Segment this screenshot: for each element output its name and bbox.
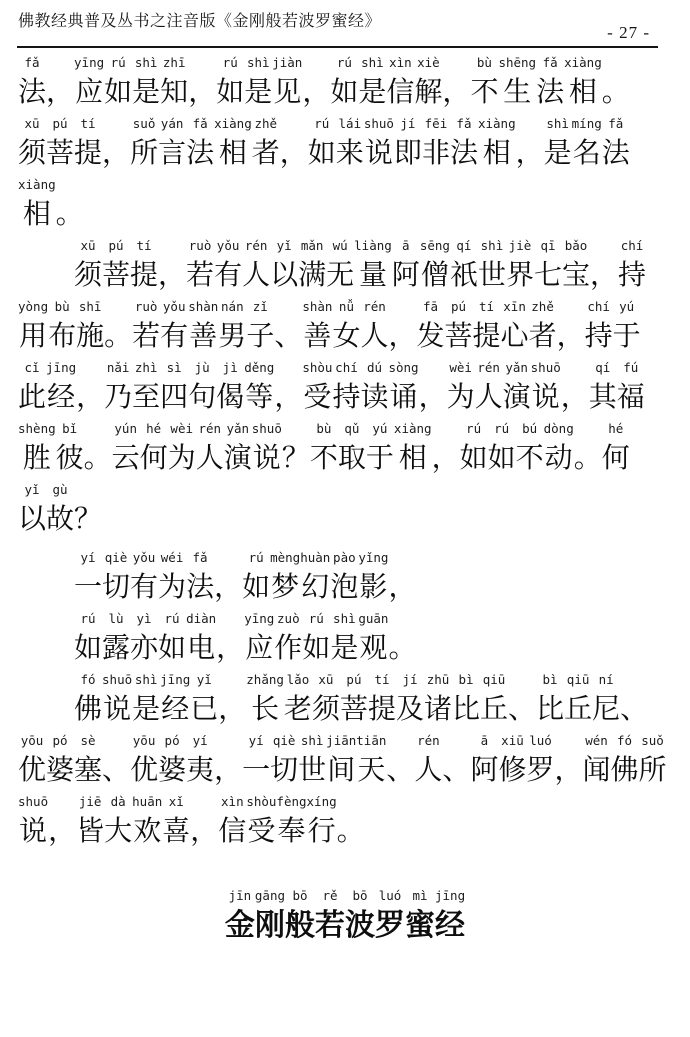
ruby-segment: jīn金 [225,887,255,947]
pinyin-annotation [292,420,300,437]
ruby-segment: tí提 [368,671,396,731]
pinyin-annotation: rú [314,115,329,132]
hanzi-char: 人 [414,749,442,792]
ruby-segment: mǎn满 [298,237,326,297]
ruby-segment: shì是 [132,54,160,114]
pinyin-annotation: mì [412,887,427,904]
ruby-segment: pó婆 [46,732,74,792]
hanzi-char: 满 [298,254,326,297]
scripture-line-continuation: yōu优pó婆sè塞 、yōu优pó婆yí夷 ，yí一qiè切shì世jiān间… [0,732,690,792]
pinyin-annotation: yú [372,420,387,437]
hanzi-char: 般 [285,904,315,947]
pinyin-annotation: sēng [420,237,450,254]
ruby-segment: ？ [282,420,310,480]
ruby-segment: zuò作 [274,610,302,670]
hanzi-char: 法 [602,132,630,175]
hanzi-char: 菩 [445,315,473,358]
ruby-segment: bù布 [48,298,76,358]
hanzi-char: 相 [569,71,597,114]
pinyin-annotation: xū [80,237,95,254]
pinyin-annotation: zhě [531,298,554,315]
hanzi-char: 。 [602,71,630,114]
pinyin-annotation: jì [223,359,238,376]
hanzi-char: 于 [366,437,394,480]
ruby-segment: ， [280,115,308,175]
ruby-segment: fó佛 [74,671,102,731]
ruby-segment: ， [48,793,76,853]
pinyin-annotation: fēi [425,115,448,132]
ruby-segment: pú菩 [46,115,74,175]
hanzi-char: 取 [338,437,366,480]
hanzi-char: 须 [74,254,102,297]
ruby-segment: ， [516,115,544,175]
hanzi-char: 动 [545,437,573,480]
pinyin-annotation: wéi [161,549,184,566]
ruby-segment: rú如 [308,115,336,175]
hanzi-char: 幻 [301,566,329,609]
pinyin-annotation [453,54,461,71]
ruby-segment: shèng胜 [18,420,56,480]
hanzi-char: ， [102,132,130,175]
hanzi-char: 优 [18,749,46,792]
pinyin-annotation: pó [165,732,180,749]
hanzi-char: 提 [74,132,102,175]
pinyin-annotation: xiū [501,732,524,749]
hanzi-char: ， [158,254,186,297]
ruby-segment: gù故 [46,481,74,541]
hanzi-char: 若 [186,254,214,297]
pinyin-annotation: fèng [276,793,306,810]
pinyin-annotation: yì [137,610,152,627]
hanzi-char: 说 [103,688,131,731]
hanzi-char: ， [274,376,302,419]
hanzi-char: 祇 [450,254,478,297]
ruby-segment: ， [432,420,460,480]
ruby-segment: shuō说 [252,420,282,480]
ruby-segment: rú如 [488,420,516,480]
hanzi-char: 一 [74,566,102,609]
pinyin-annotation: pú [346,671,361,688]
hanzi-char: 经 [47,376,75,419]
hanzi-char: 是 [132,688,160,731]
pinyin-annotation [224,732,232,749]
hanzi-char: 世 [478,254,506,297]
hanzi-char: 是 [544,132,572,175]
scripture-line-continuation: cǐ此jīng经 ，nǎi乃zhì至sì四jù句jì偈děng等 ，shòu受c… [0,359,690,419]
pinyin-annotation: wèi [170,420,193,437]
pinyin-annotation: qiū [567,671,590,688]
scripture-line-verse: yí一qiè切yǒu有wéi为fǎ法 ，rú如mèng梦huàn幻pào泡yǐn… [0,549,690,609]
hanzi-char: 福 [617,376,645,419]
hanzi-char: 喜 [162,810,190,853]
ruby-segment: rén人 [242,237,270,297]
ruby-segment: jiè界 [506,237,534,297]
hanzi-char: 奉 [277,810,305,853]
pinyin-annotation: yōu [21,732,44,749]
ruby-segment: yǎn演 [503,359,531,419]
ruby-segment: suǒ所 [130,115,158,175]
hanzi-char: 老 [284,688,312,731]
hanzi-char: ， [218,688,246,731]
pinyin-annotation: ruò [135,298,158,315]
hanzi-char: 须 [312,688,340,731]
ruby-segment: qiè切 [270,732,298,792]
pinyin-annotation: bù [55,298,70,315]
hanzi-char: ， [214,749,242,792]
pinyin-annotation: bù [477,54,492,71]
hanzi-char: 云 [112,437,140,480]
hanzi-char: 塞 [74,749,102,792]
hanzi-char: 相 [23,193,51,236]
ruby-segment: rén人 [196,420,224,480]
pinyin-annotation: shuō [531,359,561,376]
ruby-segment: qiū丘 [564,671,592,731]
ruby-segment: jīng经 [46,359,76,419]
hanzi-char: ， [554,749,582,792]
pinyin-annotation: shì [247,54,270,71]
pinyin-annotation: luó [379,887,402,904]
ruby-segment: suǒ所 [639,732,667,792]
ruby-segment: hé何 [602,420,630,480]
scripture-line-paragraph-start: fó佛shuō说shì是jīng经yǐ已 ，zhǎng长lǎo老xū须pú菩tí… [0,671,690,731]
pinyin-annotation [565,732,573,749]
ruby-segment: ruò若 [186,237,214,297]
hanzi-char: 人 [360,315,388,358]
ruby-segment: 、 [274,298,302,358]
pinyin-annotation: yú [619,298,634,315]
hanzi-char: 、 [102,749,130,792]
hanzi-char: ， [214,566,242,609]
pinyin-annotation: jiē [79,793,102,810]
hanzi-char: 者 [252,132,280,175]
pinyin-annotation: yǐ [24,481,39,498]
ruby-segment: shuō说 [364,115,394,175]
ruby-segment: shì世 [478,237,506,297]
hanzi-char: 比 [536,688,564,731]
hanzi-char: ， [388,566,416,609]
hanzi-char: ， [516,132,544,175]
hanzi-char: 经 [435,904,465,947]
ruby-segment: sēng僧 [420,237,450,297]
pinyin-annotation [201,793,209,810]
hanzi-char: 有 [160,315,188,358]
hanzi-char: 露 [102,627,130,670]
hanzi-char: 法 [186,132,214,175]
ruby-segment: rú如 [104,54,132,114]
ruby-segment: bú不 [516,420,544,480]
ruby-segment: ， [214,549,242,609]
pinyin-annotation [630,671,638,688]
hanzi-char: ， [46,71,74,114]
pinyin-annotation [526,115,534,132]
ruby-segment: zǐ子 [246,298,274,358]
pinyin-annotation: fǎ [456,115,471,132]
ruby-segment: fǎ法 [186,115,214,175]
hanzi-char: 、 [620,688,648,731]
pinyin-annotation: zhě [254,115,277,132]
ruby-segment: tiān天 [356,732,386,792]
hanzi-char: 施 [76,315,104,358]
pinyin-annotation: tí [479,298,494,315]
pinyin-annotation: qī [540,237,555,254]
hanzi-char: 刚 [255,904,285,947]
pinyin-annotation: yǒu [163,298,186,315]
pinyin-annotation [226,610,234,627]
ruby-segment: jīng经 [435,887,465,947]
hanzi-char: 菩 [46,132,74,175]
ruby-segment: qī七 [534,237,562,297]
hanzi-char: 子 [246,315,274,358]
ruby-segment: xiàng相 [394,420,432,480]
pinyin-annotation [56,54,64,71]
pinyin-annotation: rú [337,54,352,71]
pinyin-annotation [112,732,120,749]
ruby-segment: zhǎng长 [246,671,284,731]
ruby-segment: mèng梦 [270,549,300,609]
hanzi-char: 法 [536,71,564,114]
hanzi-char: 人 [196,437,224,480]
pinyin-annotation: dòng [544,420,574,437]
pinyin-annotation: yīng [74,54,104,71]
page-number: - 27 - [607,23,650,43]
pinyin-annotation: xū [24,115,39,132]
hanzi-char: 见 [273,71,301,114]
ruby-segment: nǎi乃 [104,359,132,419]
hanzi-char: ， [48,810,76,853]
hanzi-char: 来 [336,132,364,175]
hanzi-char: 发 [417,315,445,358]
pinyin-annotation: rú [309,610,324,627]
ruby-segment: yōu优 [130,732,158,792]
pinyin-annotation: yí [249,732,264,749]
hanzi-char: 罗 [526,749,554,792]
hanzi-char: 。 [104,315,132,358]
pinyin-annotation: bǐ [62,420,77,437]
pinyin-annotation: xū [318,671,333,688]
ruby-segment: jiàn见 [272,54,302,114]
pinyin-annotation: nǎi [107,359,130,376]
ruby-segment: ā阿 [392,237,420,297]
ruby-segment: yǒu有 [214,237,242,297]
hanzi-char: 金 [225,904,255,947]
hanzi-char: 其 [589,376,617,419]
pinyin-annotation: ā [402,237,410,254]
pinyin-annotation: qiè [105,549,128,566]
pinyin-annotation: qí [595,359,610,376]
ruby-segment: shì是 [330,610,358,670]
hanzi-char: 受 [247,810,275,853]
hanzi-char: 阿 [392,254,420,297]
pinyin-annotation: nǚ [339,298,354,315]
ruby-segment: sè塞 [74,732,102,792]
hanzi-char: 提 [130,254,158,297]
hanzi-char: 无 [326,254,354,297]
pinyin-annotation: yán [161,115,184,132]
pinyin-annotation: shuō [102,671,132,688]
pinyin-annotation: qǔ [344,420,359,437]
pinyin-annotation: zǐ [253,298,268,315]
ruby-segment: xǐ喜 [162,793,190,853]
pinyin-annotation: jù [195,359,210,376]
ruby-segment: 、 [386,732,414,792]
ruby-segment: rén人 [475,359,503,419]
ruby-segment: xiàng相 [478,115,516,175]
pinyin-annotation [94,420,102,437]
hanzi-char: 信 [218,810,246,853]
pinyin-annotation [453,732,461,749]
ruby-segment: zhū诸 [424,671,452,731]
pinyin-annotation [442,420,450,437]
hanzi-char: 非 [422,132,450,175]
ruby-segment: ní尼 [592,671,620,731]
ruby-segment: shì是 [358,54,386,114]
pinyin-annotation [229,671,237,688]
ruby-segment: yú于 [366,420,394,480]
hanzi-char: 。 [56,193,84,236]
pinyin-annotation [84,481,92,498]
hanzi-char: 相 [219,132,247,175]
pinyin-annotation: xìn [221,793,244,810]
pinyin-annotation [285,298,293,315]
ruby-segment: 。 [337,793,365,853]
pinyin-annotation [66,176,74,193]
hanzi-char: 佛 [611,749,639,792]
pinyin-annotation: yǐng [358,549,388,566]
hanzi-char: 解 [414,71,442,114]
ruby-segment: rú如 [302,610,330,670]
hanzi-char: 。 [84,437,112,480]
ruby-segment: ， [190,793,218,853]
hanzi-char: 亦 [130,627,158,670]
ruby-segment: zhě者 [252,115,280,175]
ruby-segment: rú如 [216,54,244,114]
ruby-segment: jí及 [396,671,424,731]
pinyin-annotation: rú [466,420,481,437]
pinyin-annotation: shàn [302,298,332,315]
hanzi-char: 以 [270,254,298,297]
pinyin-annotation: lái [339,115,362,132]
ruby-segment: dà大 [104,793,132,853]
hanzi-char: 作 [274,627,302,670]
ruby-segment: zhě者 [529,298,557,358]
hanzi-char: 不 [516,437,544,480]
hanzi-char: 为 [168,437,196,480]
ruby-segment: tí提 [130,237,158,297]
pinyin-annotation: rén [477,359,500,376]
hanzi-char: 说 [19,810,47,853]
scripture-line-continuation: xū须pú菩tí提 ，suǒ所yán言fǎ法xiàng相zhě者 ，rú如lái… [0,115,690,175]
pinyin-annotation: fó [617,732,632,749]
pinyin-annotation: jīng [46,359,76,376]
hanzi-char: 受 [303,376,331,419]
ruby-segment: fǎ法 [536,54,564,114]
ruby-segment: xíng行 [307,793,337,853]
ruby-segment: 。 [84,420,112,480]
ruby-segment: ， [158,237,186,297]
hanzi-char: 影 [359,566,387,609]
hanzi-char: 波 [345,904,375,947]
hanzi-char: 如 [104,71,132,114]
ruby-segment: ， [302,54,330,114]
hanzi-char: 提 [473,315,501,358]
ruby-segment: liàng量 [354,237,392,297]
pinyin-annotation: rú [165,610,180,627]
ruby-segment: ， [419,359,447,419]
hanzi-char: 乃 [104,376,132,419]
pinyin-annotation: xīn [503,298,526,315]
pinyin-annotation: yún [114,420,137,437]
hanzi-char: 是 [330,627,358,670]
ruby-segment: ， [218,671,246,731]
ruby-segment: yí一 [242,732,270,792]
hanzi-char: 电 [187,627,215,670]
pinyin-annotation: tí [374,671,389,688]
pinyin-annotation: mǎn [301,237,324,254]
ruby-segment: pó婆 [158,732,186,792]
ruby-segment: sòng诵 [388,359,418,419]
ruby-segment: rú如 [74,610,102,670]
pinyin-annotation: shòu [302,359,332,376]
ruby-segment: rú如 [158,610,186,670]
ruby-segment: 、 [620,671,648,731]
pinyin-annotation: sì [167,359,182,376]
hanzi-char: 梦 [271,566,299,609]
ruby-segment: ， [46,54,74,114]
pinyin-annotation: hé [608,420,623,437]
ruby-segment: ， [274,359,302,419]
pinyin-annotation: mèng [270,549,300,566]
ruby-segment: ， [76,359,104,419]
ruby-segment: 。 [574,420,602,480]
pinyin-annotation: fó [80,671,95,688]
ruby-segment: ， [188,54,216,114]
hanzi-char: 等 [245,376,273,419]
hanzi-char: 切 [102,566,130,609]
hanzi-char: 如 [460,437,488,480]
ruby-segment: ， [554,732,582,792]
pinyin-annotation [112,115,120,132]
ruby-segment: shuō说 [531,359,561,419]
pinyin-annotation: jīng [435,887,465,904]
pinyin-annotation: fā [423,298,438,315]
pinyin-annotation: bì [543,671,558,688]
hanzi-char: 欢 [133,810,161,853]
ruby-segment: xìn信 [386,54,414,114]
ruby-segment: jù句 [188,359,216,419]
pinyin-annotation [86,359,94,376]
pinyin-annotation [600,237,608,254]
ruby-segment: shàn善 [188,298,218,358]
pinyin-annotation [397,732,405,749]
pinyin-annotation: rú [111,54,126,71]
ruby-segment: tí提 [473,298,501,358]
pinyin-annotation: shì [135,54,158,71]
hanzi-char: 蜜 [405,904,435,947]
pinyin-annotation: yǒu [133,549,156,566]
ruby-segment: fǎ法 [602,115,630,175]
hanzi-char: 四 [160,376,188,419]
hanzi-char: ， [216,627,244,670]
pinyin-annotation: bō [352,887,367,904]
pinyin-annotation: shì [135,671,158,688]
hanzi-char: 相 [399,437,427,480]
pinyin-annotation: bō [292,887,307,904]
pinyin-annotation: xǐ [169,793,184,810]
hanzi-char: 如 [216,71,244,114]
hanzi-char: 彼 [56,437,84,480]
ruby-segment: guān观 [358,610,388,670]
hanzi-char: ， [76,376,104,419]
